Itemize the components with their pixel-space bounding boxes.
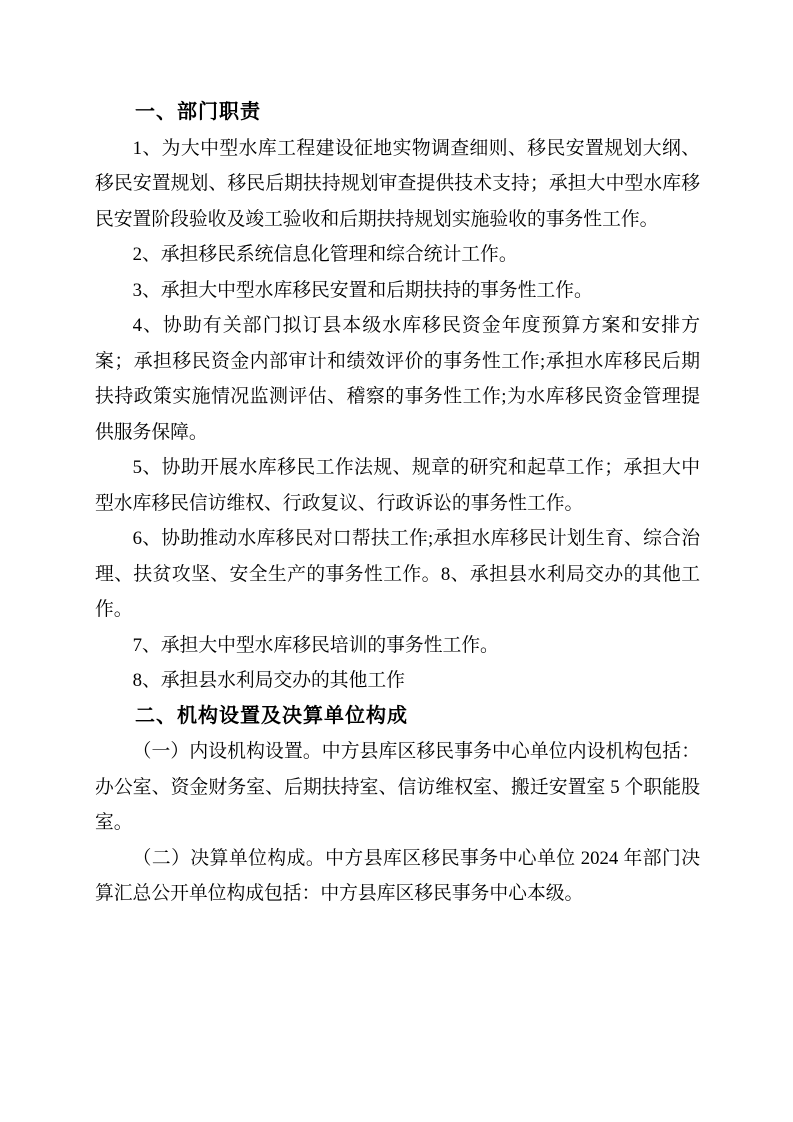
paragraph-duty-1: 1、为大中型水库工程建设征地实物调查细则、移民安置规划大纲、移民安置规划、移民后… [95,131,700,238]
paragraph-duty-2: 2、承担移民系统信息化管理和综合统计工作。 [95,237,700,273]
document-content: 一、部门职责 1、为大中型水库工程建设征地实物调查细则、移民安置规划大纲、移民安… [95,95,700,912]
paragraph-duty-5: 5、协助开展水库移民工作法规、规章的研究和起草工作；承担大中型水库移民信访维权、… [95,450,700,521]
paragraph-duty-7: 7、承担大中型水库移民培训的事务性工作。 [95,628,700,664]
paragraph-duty-6: 6、协助推动水库移民对口帮扶工作;承担水库移民计划生育、综合治理、扶贫攻坚、安全… [95,521,700,628]
paragraph-internal-org-setup: （一）内设机构设置。中方县库区移民事务中心单位内设机构包括：办公室、资金财务室、… [95,734,700,841]
heading-org-structure: 二、机构设置及决算单位构成 [95,699,700,735]
document-page: 一、部门职责 1、为大中型水库工程建设征地实物调查细则、移民安置规划大纲、移民安… [0,0,793,1122]
paragraph-duty-3: 3、承担大中型水库移民安置和后期扶持的事务性工作。 [95,273,700,309]
paragraph-duty-4: 4、协助有关部门拟订县本级水库移民资金年度预算方案和安排方案；承担移民资金内部审… [95,308,700,450]
heading-department-duties: 一、部门职责 [95,95,700,131]
paragraph-duty-8: 8、承担县水利局交办的其他工作 [95,663,700,699]
paragraph-budget-unit-composition: （二）决算单位构成。中方县库区移民事务中心单位 2024 年部门决算汇总公开单位… [95,841,700,912]
